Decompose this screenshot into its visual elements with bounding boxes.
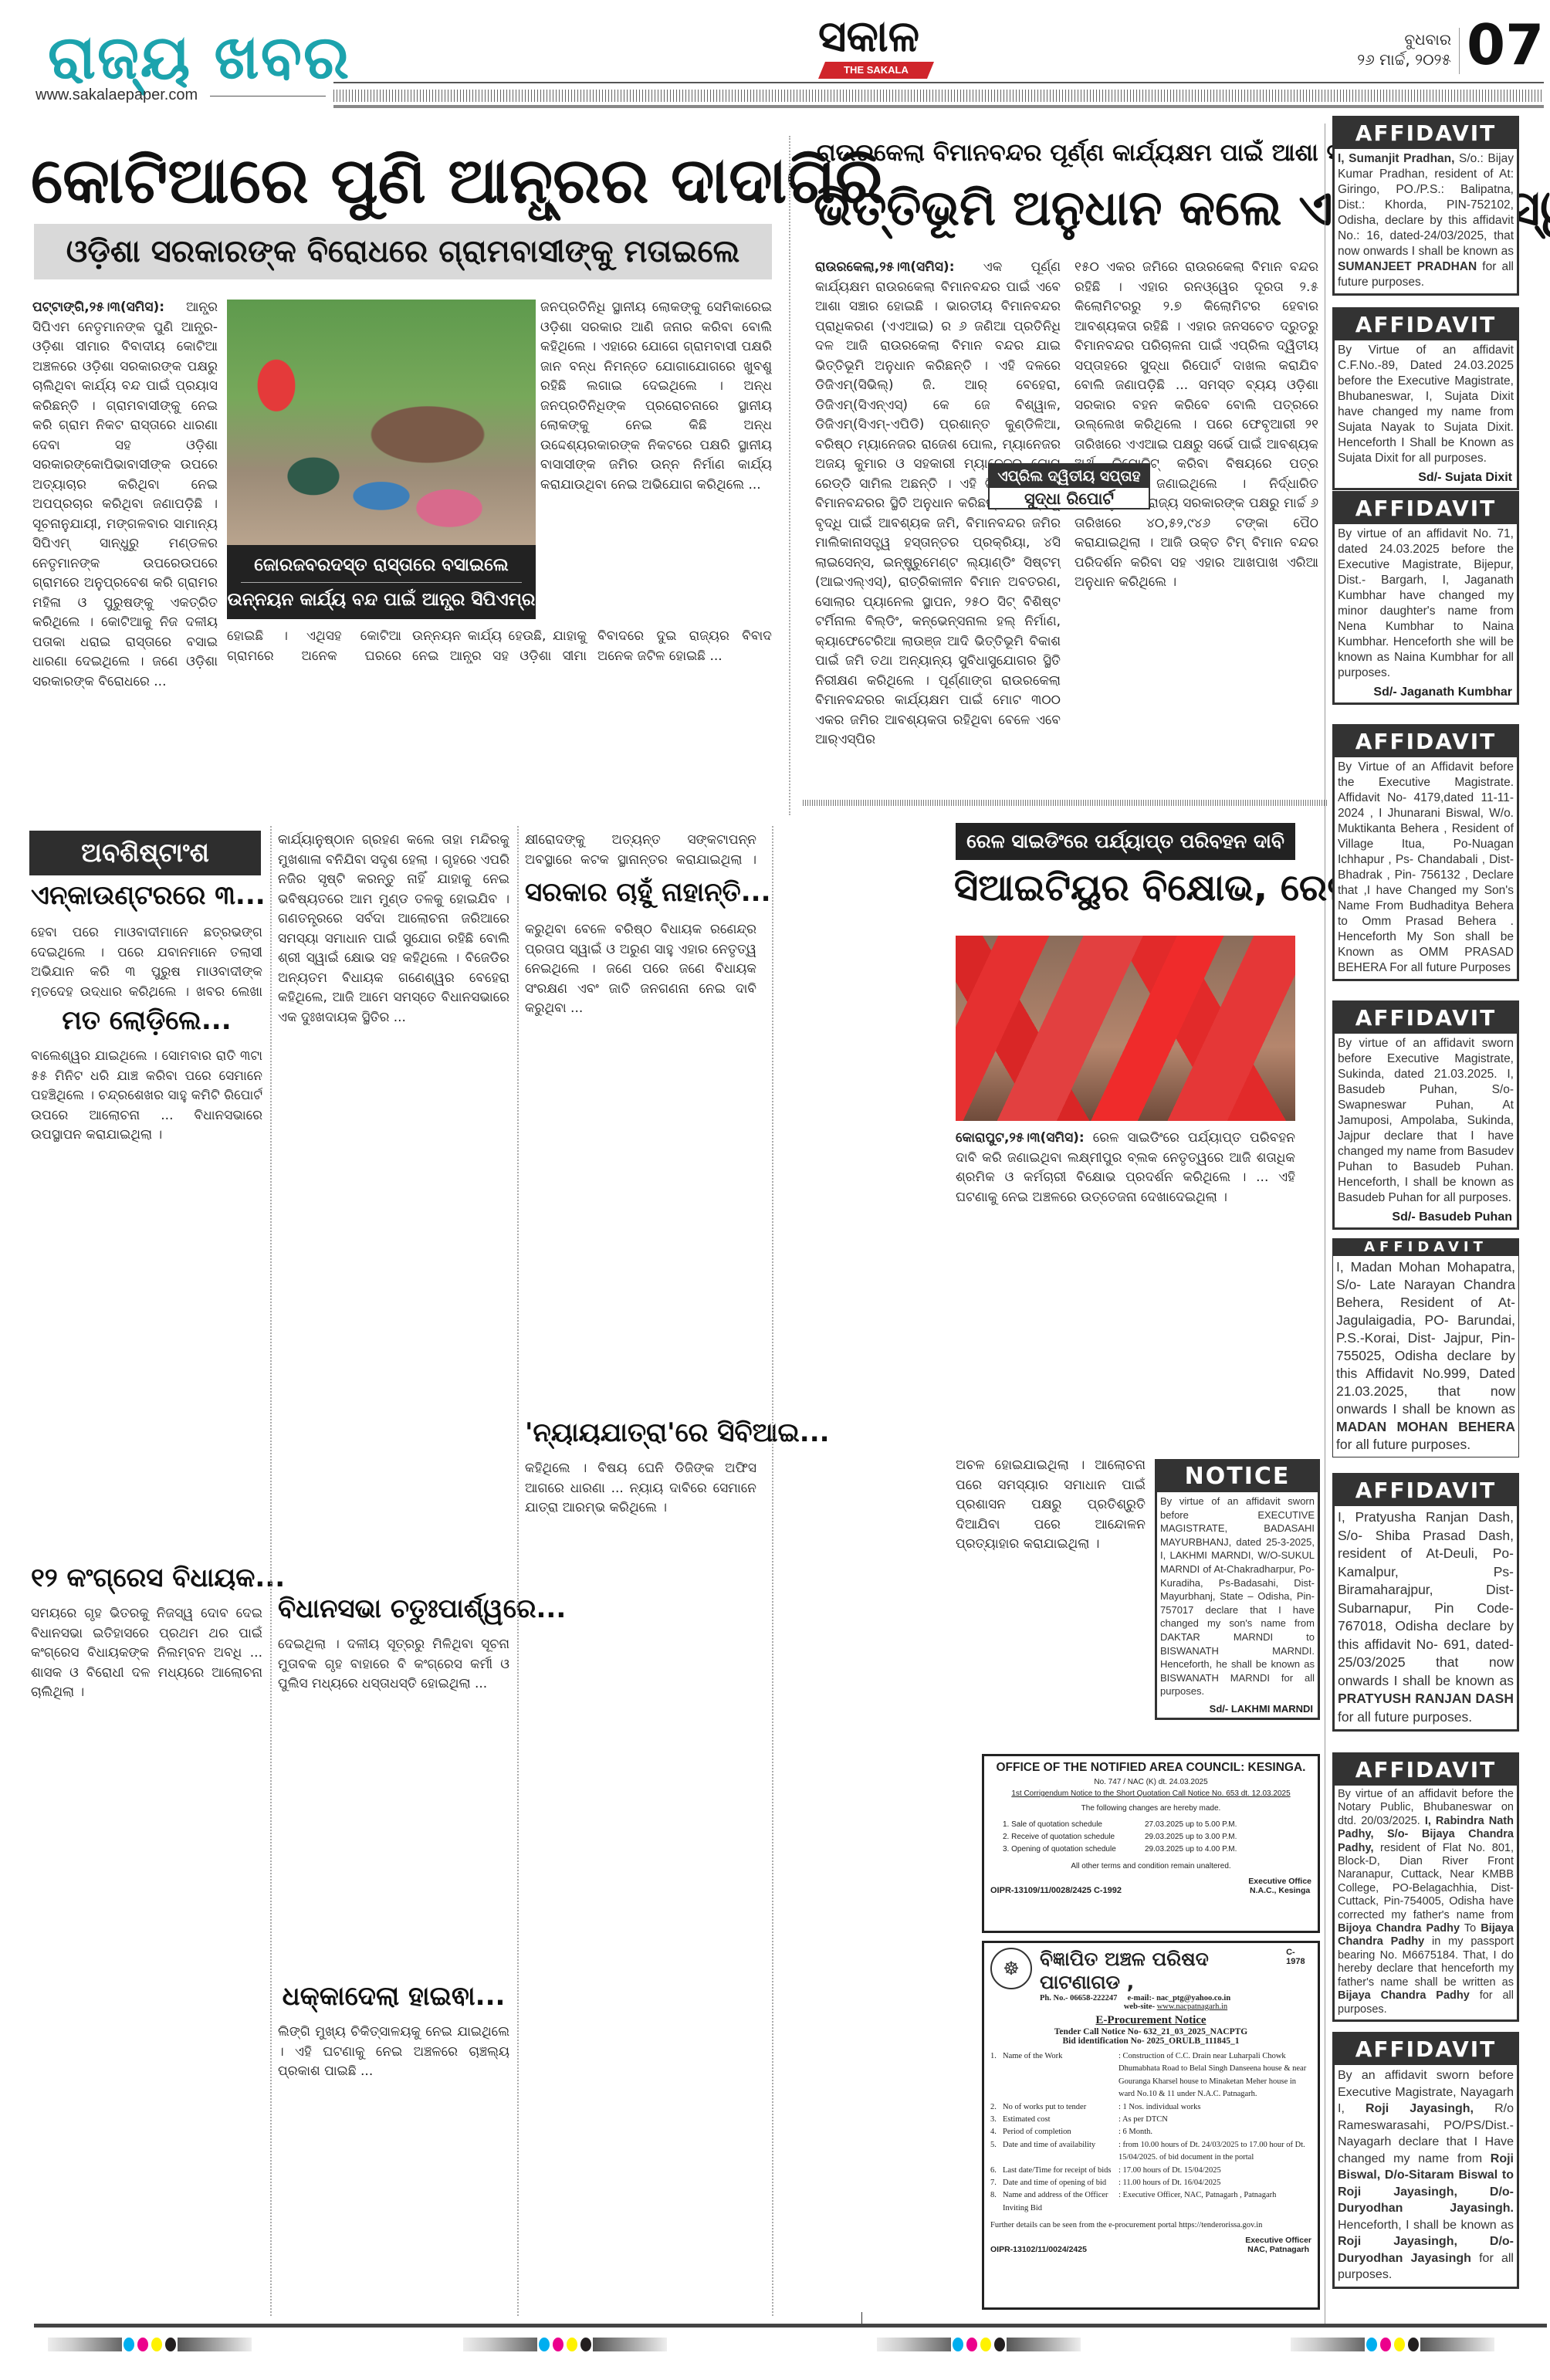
print-color-bar [48,2338,264,2351]
tender-patnagarh: ☸ ବିଜ୍ଞାପିତ ଅଞ୍ଚଳ ପରିଷଦ ପାଟଣାଗଡ , C-1978… [982,1941,1320,2310]
schedule-row: 1. Sale of quotation schedule27.03.2025 … [990,1819,1311,1831]
tender-footnote: Further details can be seen from the e-p… [990,2221,1311,2229]
continued-text: ଲିଙ୍ଗି ମୁଖ୍ୟ ଚିକିତ୍ସାଳୟକୁ ନେଇ ଯାଇଥିଲେ । … [278,2023,509,2316]
continued-text: କରୁଥିବା ବେଳେ ବରିଷ୍ଠ ବିଧାୟକ ରଣେନ୍ଦ୍ର ପ୍ରତ… [525,920,756,1414]
dateline: ରାଉରକେଲା,୨୫।୩(ସମିସ): [815,259,955,275]
column-divider [1325,124,1325,2324]
story-text: ଆନ୍ଧ୍ର ସିପିଏମ ନେତୃମାନଙ୍କ ପୁଣି ଆନ୍ଧ୍ର-ଓଡ଼… [32,300,218,689]
newspaper-logo: ସକାଳ THE SAKALA [818,15,973,79]
affidavit-ad: AFFIDAVIT I, Pratyusha Ranjan Dash, S/o-… [1332,1473,1519,1732]
inset-line-2: ସୁଦ୍ଧା ରିପୋର୍ଟ [990,488,1149,510]
section-title: ରାଜ୍ୟ ଖବର [48,28,350,88]
issue-date-text: ୨୬ ମାର୍ଚ୍ଚ, ୨୦୨୫ [1343,49,1451,69]
lead-subheadline: ଓଡ଼ିଶା ସରକାରଙ୍କ ବିରୋଧରେ ଗ୍ରାମବାସୀଙ୍କୁ ମତ… [34,224,772,279]
dateline: କୋରାପୁଟ,୨୫।୩(ସମିସ): [956,1130,1085,1146]
story-text: ହୋଇଛି । ଏଥିସହ କୋଟିଆ ଗ୍ରାମରେ ଅନେକ ଘରରେ ଉନ… [227,628,772,664]
rail-kicker: ରେଳ ସାଇଡିଂରେ ପର୍ଯ୍ୟାପ୍ତ ପରିବହନ ଦାବି [956,823,1295,860]
affidavit-heading: AFFIDAVIT [1335,1003,1517,1034]
affidavit-body: I, Pratyusha Ranjan Dash, S/o- Shiba Pra… [1335,1506,1517,1729]
tender-call-no: Tender Call Notice No- 632_21_03_2025_NA… [990,2027,1311,2036]
affidavit-heading: AFFIDAVIT [1335,726,1517,757]
magenta-swatch [137,2338,148,2351]
affidavit-heading: AFFIDAVIT [1335,493,1517,524]
issue-day: ବୁଧବାର [1343,29,1451,49]
tender-details: 1.Name of the Work: Construction of C.C.… [990,2050,1311,2215]
airport-story-column-2: ୧୫୦ ଏକର ଜମିରେ ରାଉରକେଲା ବିମାନ ବନ୍ଦର ରହିଛି… [1075,258,1318,798]
affidavit-body: By an affidavit sworn before Executive M… [1335,2065,1517,2287]
airport-headline: ଭିତ୍ତିଭୂମି ଅନୁଧାନ କଲେ ଏଏଆଇର ସ୍ୱତନ୍ତ୍ର ଟି… [814,179,1323,238]
affidavit-heading: AFFIDAVIT [1335,1755,1517,1786]
tender-row: 4.Period of completion: 6 Month. [990,2126,1311,2138]
schedule-row: 2. Receive of quotation schedule29.03.20… [990,1831,1311,1843]
continued-text: ବାଲେଶ୍ୱର ଯାଇଥିଲେ । ସୋମବାର ରାତି ୩ଟା ୫୫ ମି… [31,1047,262,1556]
rail-story-column-1: କୋରାପୁଟ,୨୫।୩(ସମିସ): ରେଳ ସାଇଡିଂରେ ପର୍ଯ୍ୟା… [956,1129,1295,1453]
tender-website-link[interactable]: www.nacpatnagarh.in [1157,2003,1227,2011]
continued-headline: ୧୨ କଂଗ୍ରେସ ବିଧାୟକ... [31,1562,262,1593]
affidavit-heading: AFFIDAVIT [1333,1239,1518,1256]
affidavit-heading: AFFIDAVIT [1335,310,1517,340]
continued-headline: ଧକ୍କାଦେଲା ହାଇଵା... [278,1981,509,2012]
tender-row: 2.No of works put to tender: 1 Nos. indi… [990,2101,1311,2114]
affidavit-heading: AFFIDAVIT [1335,118,1517,149]
affidavit-signature: Sd/- Jaganath Kumbhar [1335,684,1517,702]
section-divider [803,800,1328,806]
tender-title: OFFICE OF THE NOTIFIED AREA COUNCIL: KES… [990,1761,1311,1775]
affidavit-signature: Sd/- Basudeb Puhan [1335,1209,1517,1227]
continued-col2-lead: କାର୍ଯ୍ୟାନୁଷ୍ଠାନ ଗ୍ରହଣ କଲେ ତାହା ମନ୍ଦିରକୁ … [278,831,509,1587]
inset-line-1: ଏପ୍ରିଲ ଦ୍ୱିତୀୟ ସପ୍ତାହ [990,465,1149,488]
masthead-rule [333,82,1544,108]
page-number: 07 [1467,17,1544,73]
affidavit-body: I, Sumanjit Pradhan, S/o.: Bijay Kumar P… [1335,149,1517,293]
issue-date: ବୁଧବାର ୨୬ ମାର୍ଚ୍ଚ, ୨୦୨୫ [1343,29,1451,69]
tender-row: 1.Name of the Work: Construction of C.C.… [990,2050,1311,2101]
tender-intro: The following changes are hereby made. [990,1804,1311,1813]
column-divider [772,826,773,2316]
yellow-swatch [151,2338,162,2351]
affidavit-ad: AFFIDAVIT I, Madan Mohan Mohapatra, S/o-… [1332,1238,1519,1457]
affidavit-heading: AFFIDAVIT [1335,2034,1517,2065]
tender-code: OIPR-13102/11/0024/2425 [990,2245,1087,2254]
tender-outro: All other terms and condition remain una… [990,1862,1311,1870]
tender-title: ବିଜ୍ଞାପିତ ଅଞ୍ଚଳ ପରିଷଦ ପାଟଣାଗଡ , [1040,1948,1286,1994]
continued-headline: ବିଧାନସଭା ଚତୁଃପାର୍ଶ୍ୱରେ... [278,1593,509,1624]
tender-schedule: 1. Sale of quotation schedule27.03.2025 … [990,1819,1311,1856]
continued-text: ଦେଇଥିଲା । ଦଳୀୟ ସୂତ୍ରରୁ ମିଳିଥିବା ସୂଚନା ମୁ… [278,1635,509,1975]
caption-line-1: ଜୋରଜବରଦସ୍ତ ରାସ୍ତାରେ ବସାଇଲେ [227,550,536,581]
tender-code: OIPR-13109/11/0028/2425 C-1992 [990,1886,1122,1895]
lead-headline: କୋଟିଆରେ ପୁଣି ଆନ୍ଧ୍ରର ଦାଦାଗିରି [31,145,787,218]
notice-body: By virtue of an affidavit sworn before E… [1157,1492,1318,1701]
photo-caption: ଜୋରଜବରଦସ୍ତ ରାସ୍ତାରେ ବସାଇଲେ ଉନ୍ନୟନ କାର୍ଯ୍… [227,545,536,619]
continued-text: ସମୟରେ ଗୃହ ଭିତରକୁ ନିଜସ୍ୱ ଦୋବ ଦେଇ ବିଧାନସଭା… [31,1604,262,2314]
affidavit-ad: AFFIDAVIT By virtue of an affidavit No. … [1332,491,1519,705]
airport-kicker: ରାଉରକେଲା ବିମାନବନ୍ଦର ପୂର୍ଣ୍ଣ କାର୍ଯ୍ୟକ୍ଷମ … [817,139,1318,168]
dateline: ପଟ୍ଟାଙ୍ଗି,୨୫।୩(ସମିସ): [32,300,164,315]
lead-story-column-2: ଜନପ୍ରତିନିଧି ସ୍ଥାନୀୟ ଲୋକଙ୍କୁ ସେମିକାରେଇ ଓଡ… [540,298,772,622]
story-text: ଜନପ୍ରତିନିଧି ସ୍ଥାନୀୟ ଲୋକଙ୍କୁ ସେମିକାରେଇ ଓଡ… [540,300,772,493]
affidavit-ad: AFFIDAVIT By virtue of an affidavit swor… [1332,1000,1519,1230]
photo-citu-protest [956,936,1295,1121]
logo-wordmark: ସକାଳ [818,15,973,59]
tender-row: 8.Name and address of the Officer Inviti… [990,2189,1311,2215]
logo-tagline: THE SAKALA [818,62,934,79]
affidavit-body: I, Madan Mohan Mohapatra, S/o- Late Nara… [1333,1256,1518,1457]
notice-signature: Sd/- LAKHMI MARNDI [1157,1701,1318,1718]
affidavit-heading: AFFIDAVIT [1335,1475,1517,1506]
notice-ad: NOTICE By virtue of an affidavit sworn b… [1155,1459,1320,1720]
affidavit-ad: AFFIDAVIT By an affidavit sworn before E… [1332,2032,1519,2289]
affidavit-body: By virtue of an affidavit sworn before E… [1335,1034,1517,1209]
airport-inset: ଏପ୍ରିଲ ଦ୍ୱିତୀୟ ସପ୍ତାହ ସୁଦ୍ଧା ରିପୋର୍ଟ [988,463,1150,510]
lead-story-continued: ହୋଇଛି । ଏଥିସହ କୋଟିଆ ଗ୍ରାମରେ ଅନେକ ଘରରେ ଉନ… [227,627,772,809]
print-color-bar [463,2338,679,2351]
tender-code-top: C-1978 [1286,1948,1311,1994]
continued-section-label: ଅବଶିଷ୍ଟାଂଶ [29,831,261,875]
tender-email[interactable]: e-mail:- nac_ptg@yahoo.co.in [1127,1994,1230,2003]
tender-row: 6.Last date/Time for receipt of bids: 17… [990,2165,1311,2177]
tender-signatory: Executive Office N.A.C., Kesinga [1248,1877,1311,1895]
black-swatch [165,2338,176,2351]
divider [1459,28,1460,74]
continued-text: ହେବା ପରେ ମାଓବାଦୀମାନେ ଛତ୍ରଭଙ୍ଗ ଦେଇଥିଲେ । … [31,923,262,997]
affidavit-body: By Virtue of an affidavit C.F.No.-89, Da… [1335,340,1517,469]
rail-story-column-2: ଅଚଳ ହୋଇଯାଇଥିଲା । ଆଲୋଚନା ପରେ ସମସ୍ୟାର ସମାଧ… [956,1456,1146,1742]
government-emblem-icon: ☸ [990,1948,1032,1989]
airport-story-column-1: ରାଉରକେଲା,୨୫।୩(ସମିସ): ଏକ ପୂର୍ଣ୍ଣ କାର୍ଯ୍ୟକ… [815,258,1061,798]
affidavit-ad: AFFIDAVIT I, Sumanjit Pradhan, S/o.: Bij… [1332,116,1519,296]
continued-headline: ସରକାର ଚାହୁଁ ନାହାନ୍ତି... [525,877,756,908]
affidavit-body: By virtue of an affidavit No. 71, dated … [1335,524,1517,684]
continued-text: କହିଥିଲେ । ବିଷୟ ଘେନି ଡିଜିଙ୍କ ଅଫିସ ଆଗରେ ଧା… [525,1459,756,2308]
eprocurement-title: E-Procurement Notice [990,2014,1311,2027]
cyan-swatch [124,2338,134,2351]
schedule-row: 3. Opening of quotation schedule29.03.20… [990,1843,1311,1856]
page-bottom-rule [34,2324,1547,2328]
tender-kesinga: OFFICE OF THE NOTIFIED AREA COUNCIL: KES… [982,1754,1320,1933]
continued-headline: 'ନ୍ୟାୟଯାତ୍ରା'ରେ ସିବିଆଇ... [525,1417,756,1448]
print-color-bar [877,2338,1093,2351]
tender-ref: No. 747 / NAC (K) dt. 24.03.2025 [990,1778,1311,1786]
story-text: ୧୫୦ ଏକର ଜମିରେ ରାଉରକେଲା ବିମାନ ବନ୍ଦର ରହିଛି… [1075,259,1318,590]
notice-heading: NOTICE [1157,1461,1318,1492]
affidavit-ad: AFFIDAVIT By Virtue of an affidavit C.F.… [1332,307,1519,490]
divider [210,96,326,96]
tender-signatory: Executive Officer NAC, Patnagarh [1245,2236,1311,2254]
column-divider [517,826,519,2316]
bid-id: Bid identification No- 2025_ORULB_111845… [990,2036,1311,2046]
tender-row: 3.Estimated cost: As per DTCN [990,2114,1311,2126]
affidavit-signature: Sd/- Sujata Dixit [1335,469,1517,488]
continued-headline: ଏନ୍‌କାଉଣ୍ଟରରେ ୩... [31,880,262,911]
continued-headline: ମତ ଲୋଡ଼ିଲେ... [31,1005,262,1036]
affidavit-body: By virtue of an affidavit before the Not… [1335,1786,1517,2019]
tender-row: 7.Date and time of opening of bid: 11.00… [990,2177,1311,2189]
print-color-bar [1291,2338,1507,2351]
column-divider [270,826,272,2316]
tender-corrigendum: 1st Corrigendum Notice to the Short Quot… [990,1789,1311,1798]
photo-villagers-protest [227,300,536,545]
affidavit-body: By Virtue of an Affidavit before the Exe… [1335,757,1517,979]
tender-row: 5.Date and time of availability: from 10… [990,2139,1311,2165]
affidavit-ad: AFFIDAVIT By Virtue of an Affidavit befo… [1332,724,1519,981]
continued-col3-lead: କ୍ଷୀରୋଦଙ୍କୁ ଅତ୍ୟନ୍ତ ସଙ୍କଟାପନ୍ନ ଅବସ୍ଥାରେ … [525,831,756,871]
website-link[interactable]: www.sakalaepaper.com [36,86,198,104]
affidavit-ad: AFFIDAVIT By virtue of an affidavit befo… [1332,1752,1519,2022]
tender-phone: Ph. No.- 06658-222247 [1040,1994,1117,2003]
rail-headline: ସିଆଇଟିୟୁର ବିକ୍ଷୋଭ, ରେଳରୋକ [954,866,1297,910]
column-divider [789,136,790,815]
lead-story-column-1: ପଟ୍ଟାଙ୍ଗି,୨୫।୩(ସମିସ): ଆନ୍ଧ୍ର ସିପିଏମ ନେତୃ… [32,298,218,807]
